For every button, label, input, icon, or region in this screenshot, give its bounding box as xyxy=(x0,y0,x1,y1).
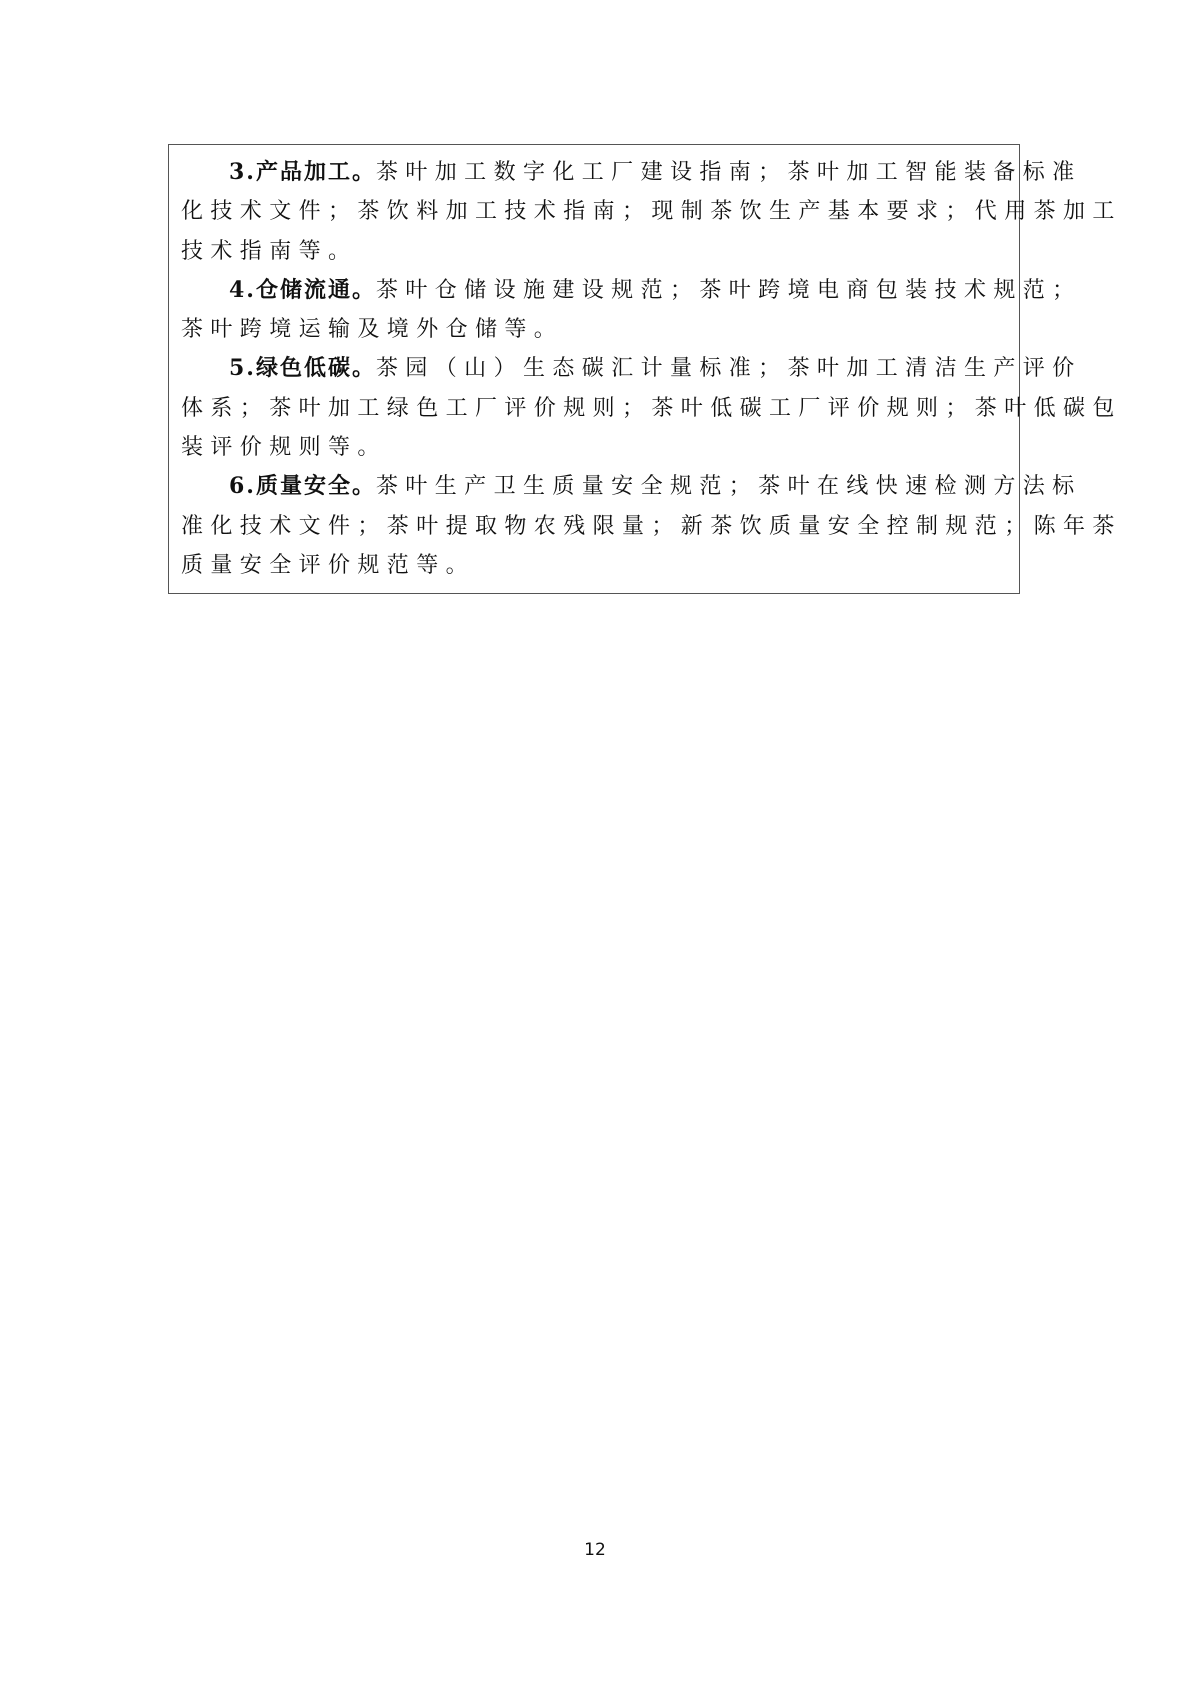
section-heading: 3.产品加工。 xyxy=(229,159,376,185)
section-product-processing: 3.产品加工。茶叶加工数字化工厂建设指南；茶叶加工智能装备标准 化技术文件；茶饮… xyxy=(181,153,1007,271)
section-heading: 5.绿色低碳。 xyxy=(229,355,376,381)
section-text: 茶园（山）生态碳汇计量标准；茶叶加工清洁生产评价 xyxy=(376,356,1082,381)
section-heading: 4.仓储流通。 xyxy=(229,277,376,303)
section-green-low-carbon: 5.绿色低碳。茶园（山）生态碳汇计量标准；茶叶加工清洁生产评价 体系；茶叶加工绿… xyxy=(181,349,1007,467)
section-text: 技术指南等。 xyxy=(181,232,1007,271)
section-text: 茶叶跨境运输及境外仓储等。 xyxy=(181,310,1007,349)
section-text: 茶叶仓储设施建设规范；茶叶跨境电商包装技术规范； xyxy=(376,278,1082,303)
section-heading: 6.质量安全。 xyxy=(229,473,376,499)
content-box: 3.产品加工。茶叶加工数字化工厂建设指南；茶叶加工智能装备标准 化技术文件；茶饮… xyxy=(168,144,1020,594)
section-storage-logistics: 4.仓储流通。茶叶仓储设施建设规范；茶叶跨境电商包装技术规范； 茶叶跨境运输及境… xyxy=(181,271,1007,350)
section-text: 装评价规则等。 xyxy=(181,428,1007,467)
section-quality-safety: 6.质量安全。茶叶生产卫生质量安全规范；茶叶在线快速检测方法标 准化技术文件；茶… xyxy=(181,467,1007,585)
section-text: 准化技术文件；茶叶提取物农残限量；新茶饮质量安全控制规范；陈年茶 xyxy=(181,507,1007,546)
page-number: 12 xyxy=(0,1540,1190,1560)
section-text: 质量安全评价规范等。 xyxy=(181,546,1007,585)
section-text: 茶叶生产卫生质量安全规范；茶叶在线快速检测方法标 xyxy=(376,474,1082,499)
section-text: 化技术文件；茶饮料加工技术指南；现制茶饮生产基本要求；代用茶加工 xyxy=(181,192,1007,231)
section-text: 体系；茶叶加工绿色工厂评价规则；茶叶低碳工厂评价规则；茶叶低碳包 xyxy=(181,389,1007,428)
section-text: 茶叶加工数字化工厂建设指南；茶叶加工智能装备标准 xyxy=(376,160,1082,185)
